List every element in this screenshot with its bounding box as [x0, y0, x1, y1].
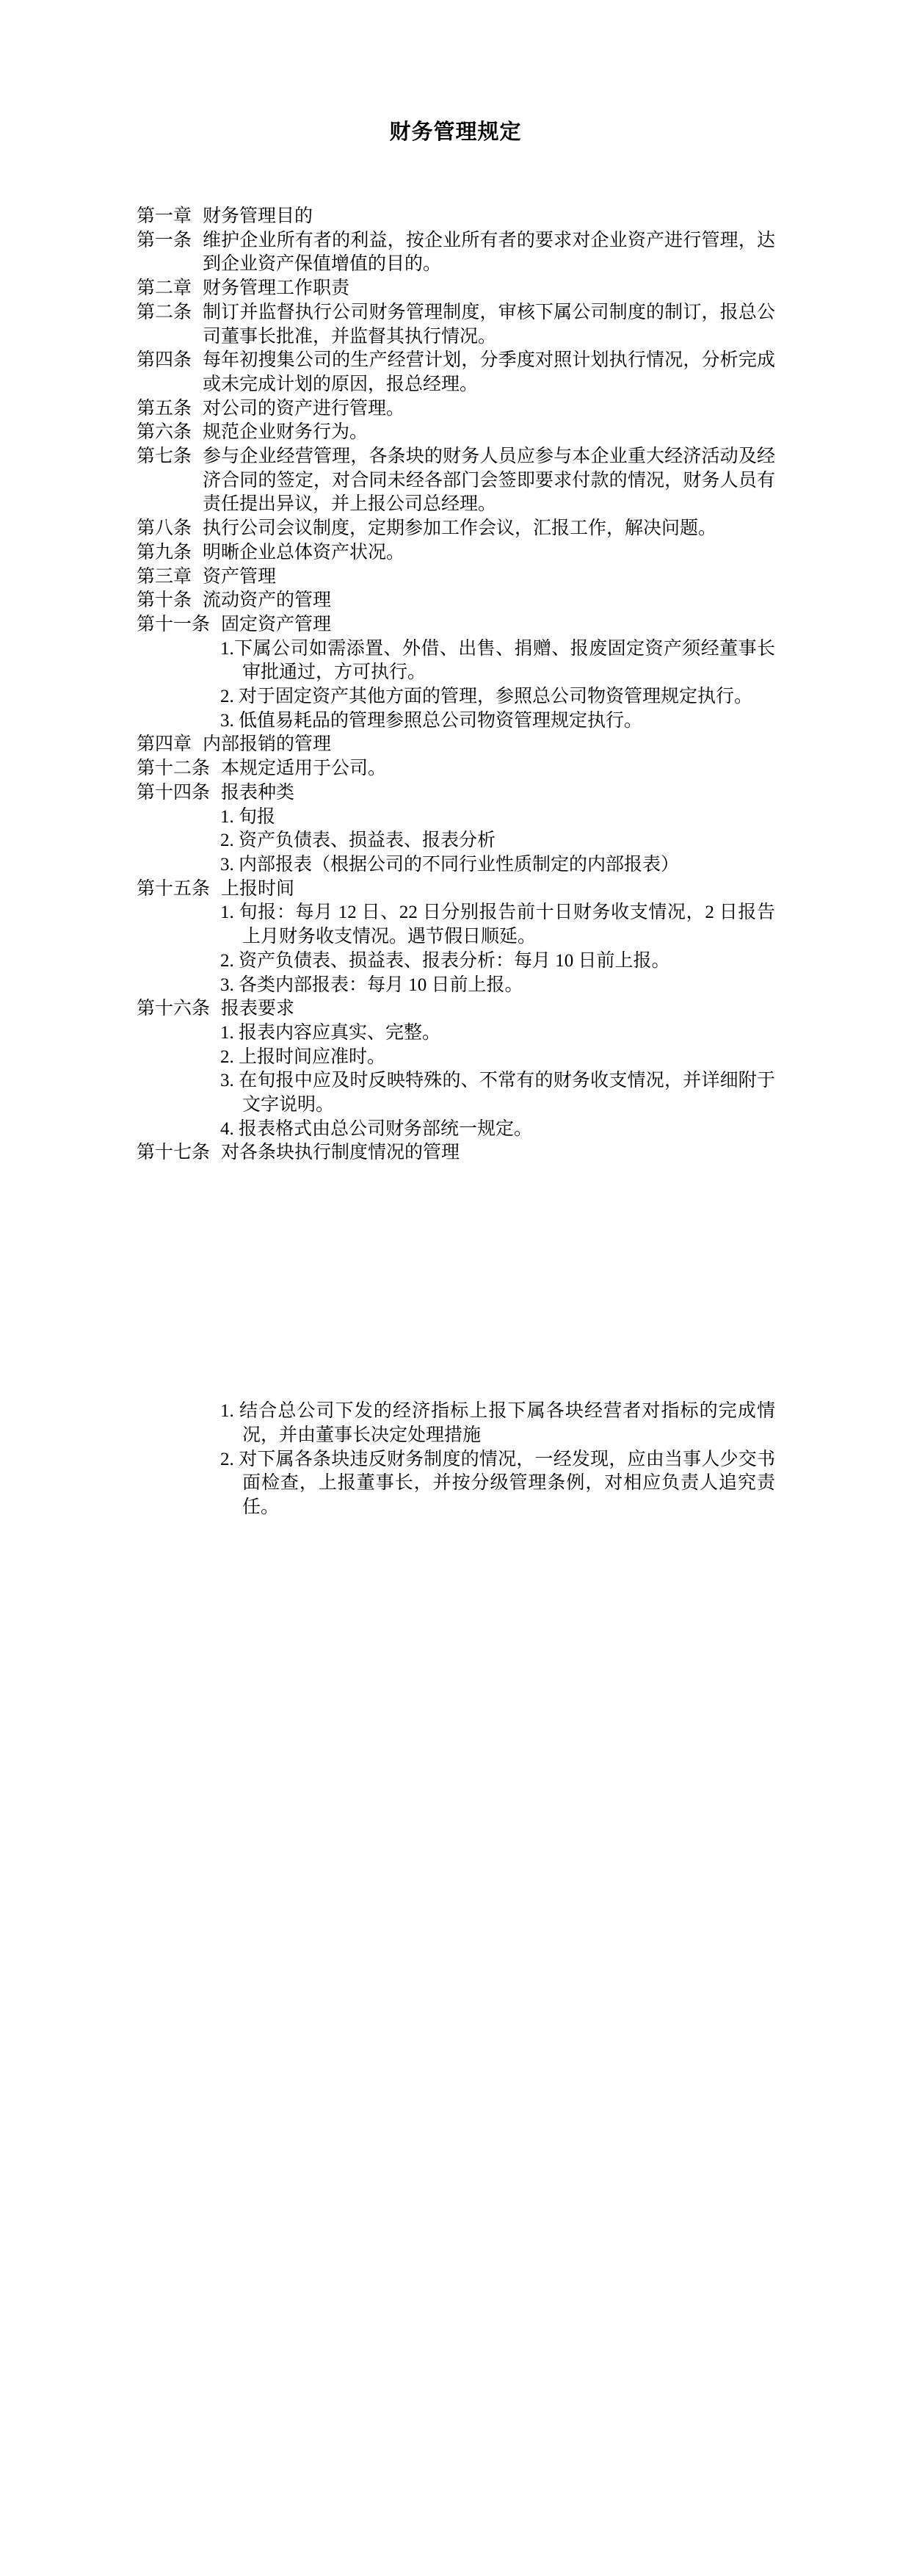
list-item: 3. 低值易耗品的管理参照总公司物资管理规定执行。 [220, 709, 775, 734]
chapter-label: 第三章 [137, 565, 192, 590]
chapter-row: 第三章 资产管理 [137, 565, 775, 590]
article-text: 流动资产的管理 [203, 589, 775, 613]
article-row: 第十四条 报表种类 [137, 781, 775, 806]
list-item: 2. 资产负债表、损益表、报表分析 [220, 829, 775, 853]
article-label: 第二条 [137, 301, 192, 349]
article-row: 第十二条 本规定适用于公司。 [137, 757, 775, 781]
article-row: 第十五条 上报时间 [137, 878, 775, 902]
list-item: 3. 各类内部报表：每月 10 日前上报。 [220, 974, 775, 998]
list-item: 2. 对于固定资产其他方面的管理，参照总公司物资管理规定执行。 [220, 685, 775, 709]
article-row: 第十一条 固定资产管理 [137, 613, 775, 637]
article-text: 维护企业所有者的利益，按企业所有者的要求对企业资产进行管理，达到企业资产保值增值… [203, 229, 775, 277]
article-row: 第十条 流动资产的管理 [137, 589, 775, 613]
article-row: 第十六条 报表要求 [137, 997, 775, 1021]
article-label: 第四条 [137, 349, 192, 397]
list-item: 1. 旬报：每月 12 日、22 日分别报告前十日财务收支情况，2 日报告上月财… [220, 901, 775, 949]
list-item: 2. 上报时间应准时。 [220, 1046, 775, 1070]
article-text: 对公司的资产进行管理。 [203, 397, 775, 422]
article-label: 第十条 [137, 589, 192, 613]
article-text: 执行公司会议制度，定期参加工作会议，汇报工作，解决问题。 [203, 517, 775, 541]
article-row: 第五条 对公司的资产进行管理。 [137, 397, 775, 422]
list-item: 3. 内部报表（根据公司的不同行业性质制定的内部报表） [220, 853, 775, 878]
article-row: 第四条 每年初搜集公司的生产经营计划，分季度对照计划执行情况，分析完成或未完成计… [137, 349, 775, 397]
article-label: 第八条 [137, 517, 192, 541]
article-text: 制订并监督执行公司财务管理制度，审核下属公司制度的制订，报总公司董事长批准，并监… [203, 301, 775, 349]
page-title: 财务管理规定 [0, 0, 911, 147]
chapter-row: 第一章 财务管理目的 [137, 205, 775, 229]
document-page: 财务管理规定 第一章 财务管理目的 第一条 维护企业所有者的利益，按企业所有者的… [0, 0, 911, 2576]
chapter-label: 第一章 [137, 205, 192, 229]
article-label: 第六条 [137, 421, 192, 445]
article-label: 第九条 [137, 541, 192, 565]
list-item: 1. 旬报 [220, 806, 775, 830]
chapter-label: 第四章 [137, 733, 192, 757]
article-label: 第五条 [137, 397, 192, 422]
article-row: 第七条 参与企业经营管理，各条块的财务人员应参与本企业重大经济活动及经济合同的签… [137, 445, 775, 517]
article-row: 第十七条 对各条块执行制度情况的管理 [137, 1141, 775, 1165]
article-text: 对各条块执行制度情况的管理 [221, 1141, 775, 1165]
article-row: 第九条 明晰企业总体资产状况。 [137, 541, 775, 565]
article-text: 参与企业经营管理，各条块的财务人员应参与本企业重大经济活动及经济合同的签定，对合… [203, 445, 775, 517]
article-label: 第十一条 [137, 613, 210, 637]
article-label: 第十二条 [137, 757, 210, 781]
article-text: 明晰企业总体资产状况。 [203, 541, 775, 565]
article-label: 第十四条 [137, 781, 210, 806]
chapter-row: 第四章 内部报销的管理 [137, 733, 775, 757]
article-text: 报表要求 [221, 997, 775, 1021]
chapter-row: 第二章 财务管理工作职责 [137, 277, 775, 301]
list-item: 3. 在旬报中应及时反映特殊的、不常有的财务收支情况，并详细附于文字说明。 [220, 1069, 775, 1117]
article-row: 第二条 制订并监督执行公司财务管理制度，审核下属公司制度的制订，报总公司董事长批… [137, 301, 775, 349]
chapter-label: 第二章 [137, 277, 192, 301]
article-row: 第一条 维护企业所有者的利益，按企业所有者的要求对企业资产进行管理，达到企业资产… [137, 229, 775, 277]
article-label: 第十五条 [137, 878, 210, 902]
article-label: 第一条 [137, 229, 192, 277]
article-label: 第十六条 [137, 997, 210, 1021]
article-text: 上报时间 [221, 878, 775, 902]
list-item: 4. 报表格式由总公司财务部统一规定。 [220, 1118, 775, 1142]
chapter-title: 内部报销的管理 [203, 733, 775, 757]
document-body: 第一章 财务管理目的 第一条 维护企业所有者的利益，按企业所有者的要求对企业资产… [137, 205, 775, 1520]
chapter-title: 财务管理工作职责 [203, 277, 775, 301]
list-item: 1. 报表内容应真实、完整。 [220, 1021, 775, 1046]
blank-space [137, 1165, 775, 1400]
article-text: 报表种类 [221, 781, 775, 806]
list-item: 2. 对下属各条块违反财务制度的情况，一经发现，应由当事人少交书面检查，上报董事… [220, 1448, 775, 1520]
article-text: 固定资产管理 [221, 613, 775, 637]
list-item: 1.下属公司如需添置、外借、出售、捐赠、报废固定资产须经董事长审批通过，方可执行… [220, 637, 775, 685]
article-text: 规范企业财务行为。 [203, 421, 775, 445]
article-row: 第八条 执行公司会议制度，定期参加工作会议，汇报工作，解决问题。 [137, 517, 775, 541]
article-label: 第七条 [137, 445, 192, 517]
list-item: 2. 资产负债表、损益表、报表分析：每月 10 日前上报。 [220, 949, 775, 974]
article-text: 本规定适用于公司。 [221, 757, 775, 781]
chapter-title: 资产管理 [203, 565, 775, 590]
article-row: 第六条 规范企业财务行为。 [137, 421, 775, 445]
list-item: 1. 结合总公司下发的经济指标上报下属各块经营者对指标的完成情况，并由董事长决定… [220, 1400, 775, 1447]
article-label: 第十七条 [137, 1141, 210, 1165]
article-text: 每年初搜集公司的生产经营计划，分季度对照计划执行情况，分析完成或未完成计划的原因… [203, 349, 775, 397]
chapter-title: 财务管理目的 [203, 205, 775, 229]
